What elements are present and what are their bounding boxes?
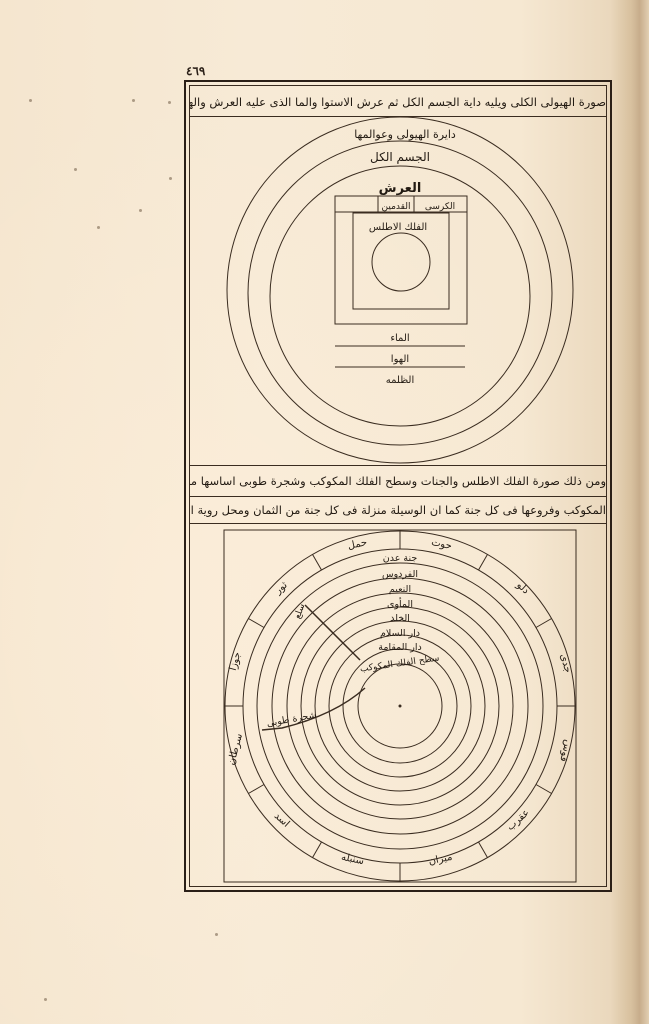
- upper-cosmos-diagram: [227, 117, 573, 463]
- zodiac-sagittarius: قوس: [557, 739, 573, 763]
- qadamayn-label: القدمين: [382, 202, 411, 212]
- garden-khuld: الخلد: [390, 613, 410, 624]
- garden-dar-salam: دار السلام: [380, 628, 420, 639]
- zodiac-capricorn: جدى: [558, 653, 574, 674]
- zodiac-scorpio: عقرب: [505, 807, 532, 833]
- upper-diagram-labels: دايرة الهيولى وعوالمها الجسم الكل العرش …: [354, 128, 456, 386]
- pointer-upper-label: سلع: [293, 602, 308, 620]
- air-label: الهوا: [391, 354, 409, 365]
- hyle-outer-ring: [227, 117, 573, 463]
- zodiac-aquarius: دلو: [514, 579, 532, 596]
- zodiac-libra: ميزان: [428, 852, 454, 868]
- cosmology-diagrams: دايرة الهيولى وعوالمها الجسم الكل العرش …: [0, 0, 649, 1024]
- zodiac-leo: اسد: [272, 811, 292, 830]
- lower-diagram-labels: حمل حوت دلو جدى قوس عقرب ميزان سنبله اسد…: [226, 537, 573, 867]
- arsh-label: العرش: [379, 181, 422, 196]
- kursi-label: الكرسى: [425, 202, 455, 212]
- zodiac-virgo: سنبله: [340, 852, 365, 868]
- zodiac-pisces: حوت: [430, 537, 453, 552]
- water-label: الماء: [390, 333, 409, 344]
- garden-firdaws: الفردوس: [382, 569, 418, 580]
- pointer-line-upper: [305, 605, 360, 660]
- universal-body-label: الجسم الكل: [370, 150, 430, 164]
- arsh-box: [335, 196, 467, 324]
- center-dot: [399, 705, 401, 707]
- zodiac-gemini: جوزا: [228, 651, 244, 672]
- garden-adn: جنة عدن: [383, 553, 418, 564]
- tuba-tree-label: شجرة طوبى: [266, 710, 318, 730]
- falak-atlas-circle: [372, 233, 430, 291]
- zodiac-cancer: سرطان: [226, 732, 245, 766]
- garden-naim: النعيم: [389, 584, 411, 595]
- garden-dar-muqama: دار المقامة: [378, 642, 421, 653]
- zodiac-taurus: ثور: [272, 580, 290, 598]
- darkness-label: الظلمه: [386, 375, 414, 386]
- garden-mawa: المأوى: [387, 597, 413, 610]
- zodiac-aries: حمل: [347, 537, 368, 552]
- hyle-label: دايرة الهيولى وعوالمها: [354, 128, 456, 141]
- falak-atlas-label: الفلك الاطلس: [369, 222, 427, 233]
